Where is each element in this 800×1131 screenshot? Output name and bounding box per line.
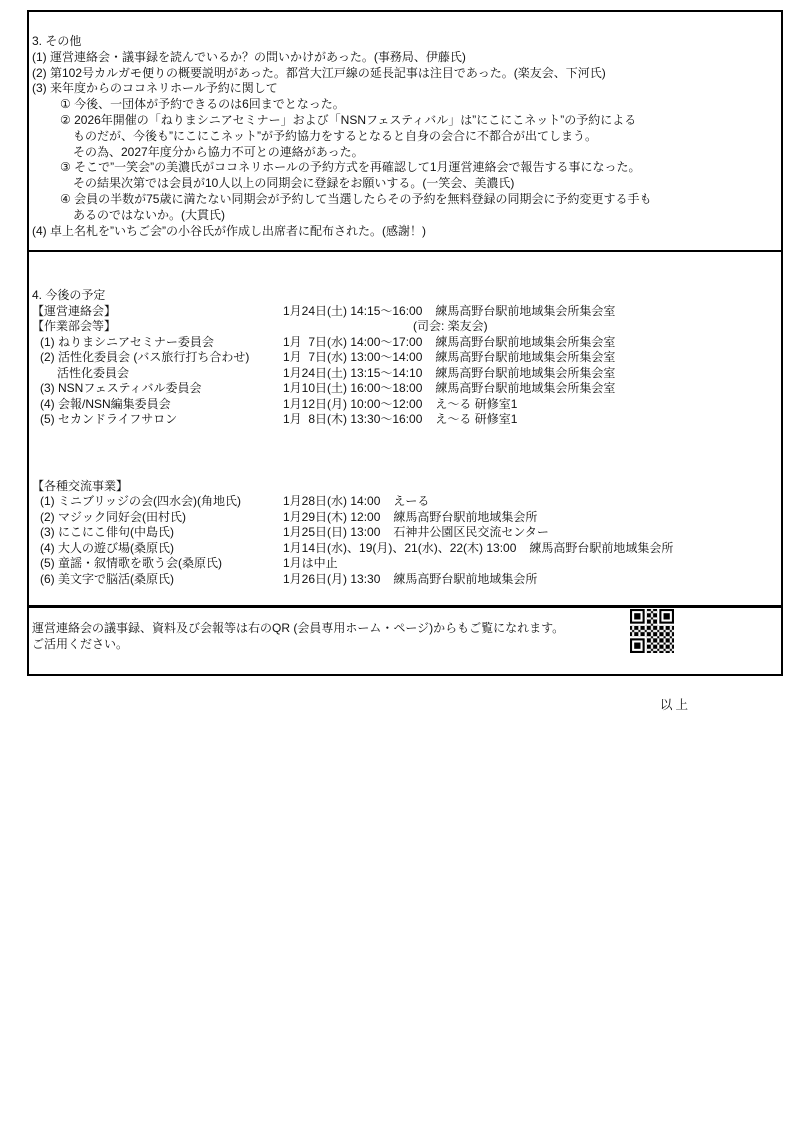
- schedule-datetime: 1月14日(水)、19(月)、21(水)、22(木) 13:00: [283, 541, 516, 557]
- text-line: 3. その他: [32, 34, 779, 50]
- schedule-location: 練馬高野台駅前地域集会所: [529, 541, 673, 557]
- committee-schedule-list: 【運営連絡会】1月24日(土) 14:15～16:00練馬高野台駅前地域集会所集…: [32, 304, 779, 428]
- schedule-row: (4) 会報/NSN編集委員会1月12日(月) 10:00～12:00え～る 研…: [32, 397, 779, 413]
- section-4-schedule: 4. 今後の予定 【運営連絡会】1月24日(土) 14:15～16:00練馬高野…: [32, 288, 779, 587]
- schedule-row: (1) ミニブリッジの会(四水会)(角地氏)1月28日(水) 14:00えーる: [32, 494, 779, 510]
- schedule-row: (5) 童謡・叙情歌を歌う会(桑原氏)1月は中止: [32, 556, 779, 572]
- text-line: ③ そこで”一笑会”の美濃氏がココネリホールの予約方式を再確認して1月運営連絡会…: [32, 160, 779, 176]
- schedule-datetime: 1月24日(土) 14:15～16:00: [283, 304, 422, 320]
- committee-name: (5) セカンドライフサロン: [32, 412, 283, 428]
- schedule-row: (2) マジック同好会(田村氏)1月29日(木) 12:00練馬高野台駅前地域集…: [32, 510, 779, 526]
- committee-name: 【作業部会等】: [32, 319, 283, 335]
- schedule-row: (5) セカンドライフサロン1月 8日(木) 13:30～16:00え～る 研修…: [32, 412, 779, 428]
- schedule-location: 練馬高野台駅前地域集会所: [393, 572, 537, 588]
- schedule-datetime: 1月29日(木) 12:00: [283, 510, 380, 526]
- schedule-datetime: 1月25日(日) 13:00: [283, 525, 380, 541]
- text-line: その結果次第では会員が10人以上の同期会に登録をお願いする。(一笑会、美濃氏): [32, 176, 779, 192]
- schedule-location: 練馬高野台駅前地域集会所集会室: [435, 304, 615, 320]
- text-line: (2) 第102号カルガモ便りの概要説明があった。都営大江戸線の延長記事は注目で…: [32, 66, 779, 82]
- committee-name: 【運営連絡会】: [32, 304, 283, 320]
- schedule-datetime: 1月12日(月) 10:00～12:00: [283, 397, 422, 413]
- schedule-datetime: 1月10日(土) 16:00～18:00: [283, 381, 422, 397]
- schedule-datetime: 1月26日(月) 13:30: [283, 572, 380, 588]
- document-frame: 3. その他(1) 運営連絡会・議事録を読んでいるか？の問いかけがあった。(事務…: [27, 10, 783, 676]
- event-name: (5) 童謡・叙情歌を歌う会(桑原氏): [32, 556, 283, 572]
- schedule-row: 活性化委員会1月24日(土) 13:15～14:10練馬高野台駅前地域集会所集会…: [32, 366, 779, 382]
- event-name: (2) マジック同好会(田村氏): [32, 510, 283, 526]
- text-line: その為、2027年度分から協力不可との連絡があった。: [32, 145, 779, 161]
- schedule-datetime: 1月 7日(水) 14:00～17:00: [283, 335, 422, 351]
- schedule-datetime: 1月 8日(木) 13:30～16:00: [283, 412, 422, 428]
- schedule-row: (2) 活性化委員会 (バス旅行打ち合わせ)1月 7日(水) 13:00～14:…: [32, 350, 779, 366]
- schedule-row: (1) ねりまシニアセミナー委員会1月 7日(水) 14:00～17:00練馬高…: [32, 335, 779, 351]
- committee-name: (2) 活性化委員会 (バス旅行打ち合わせ): [32, 350, 283, 366]
- schedule-datetime: 1月28日(水) 14:00: [283, 494, 380, 510]
- schedule-row: (6) 美文字で脳活(桑原氏)1月26日(月) 13:30練馬高野台駅前地域集会…: [32, 572, 779, 588]
- schedule-location: 練馬高野台駅前地域集会所集会室: [435, 366, 615, 382]
- text-line: あるのではないか。(大貫氏): [32, 208, 779, 224]
- moderator-note: (司会: 楽友会): [413, 319, 488, 335]
- schedule-datetime: 1月24日(土) 13:15～14:10: [283, 366, 422, 382]
- section-divider: [29, 605, 781, 608]
- event-name: (1) ミニブリッジの会(四水会)(角地氏): [32, 494, 283, 510]
- closing-word: 以上: [660, 695, 691, 713]
- schedule-row: (4) 大人の遊び場(桑原氏)1月14日(水)、19(月)、21(水)、22(木…: [32, 541, 779, 557]
- schedule-location: 練馬高野台駅前地域集会所集会室: [435, 381, 615, 397]
- schedule-row: 【作業部会等】(司会: 楽友会): [32, 319, 779, 335]
- schedule-location: えーる: [393, 494, 429, 510]
- event-name: (4) 大人の遊び場(桑原氏): [32, 541, 283, 557]
- schedule-row: (3) NSNフェスティバル委員会1月10日(土) 16:00～18:00練馬高…: [32, 381, 779, 397]
- text-line: (3) 来年度からのココネリホール予約に関して: [32, 81, 779, 97]
- committee-name: 活性化委員会: [32, 366, 283, 382]
- text-line: ものだが、今後も”にこにこネット”が予約協力をするとなると自身の会合に不都合が出…: [32, 129, 779, 145]
- qr-code: [630, 609, 674, 653]
- schedule-location: え～る 研修室1: [435, 412, 517, 428]
- schedule-location: 練馬高野台駅前地域集会所: [393, 510, 537, 526]
- schedule-row: 【運営連絡会】1月24日(土) 14:15～16:00練馬高野台駅前地域集会所集…: [32, 304, 779, 320]
- exchange-events-header: 【各種交流事業】: [32, 479, 779, 495]
- section-4-title: 4. 今後の予定: [32, 288, 779, 304]
- schedule-datetime: 1月 7日(水) 13:00～14:00: [283, 350, 422, 366]
- text-line: (4) 卓上名札を”いちご会”の小谷氏が作成し出席者に配布された。(感謝！): [32, 224, 779, 240]
- exchange-events-list: (1) ミニブリッジの会(四水会)(角地氏)1月28日(水) 14:00えーる(…: [32, 494, 779, 587]
- text-line: (1) 運営連絡会・議事録を読んでいるか？の問いかけがあった。(事務局、伊藤氏): [32, 50, 779, 66]
- schedule-location: 石神井公園区民交流センター: [393, 525, 549, 541]
- section-3-others: 3. その他(1) 運営連絡会・議事録を読んでいるか？の問いかけがあった。(事務…: [32, 34, 779, 239]
- schedule-datetime: 1月は中止: [283, 556, 338, 572]
- committee-name: (3) NSNフェスティバル委員会: [32, 381, 283, 397]
- event-name: (3) にこにこ俳句(中島氏): [32, 525, 283, 541]
- text-line: ④ 会員の半数が75歳に満たない同期会が予約して当選したらその予約を無料登録の同…: [32, 192, 779, 208]
- text-line: ① 今後、一団体が予約できるのは6回までとなった。: [32, 97, 779, 113]
- schedule-location: 練馬高野台駅前地域集会所集会室: [435, 335, 615, 351]
- section-divider: [29, 250, 781, 252]
- committee-name: (4) 会報/NSN編集委員会: [32, 397, 283, 413]
- schedule-location: 練馬高野台駅前地域集会所集会室: [435, 350, 615, 366]
- schedule-location: え～る 研修室1: [435, 397, 517, 413]
- text-line: ② 2026年開催の「ねりまシニアセミナー」および「NSNフェスティバル」は”に…: [32, 113, 779, 129]
- event-name: (6) 美文字で脳活(桑原氏): [32, 572, 283, 588]
- schedule-row: (3) にこにこ俳句(中島氏)1月25日(日) 13:00石神井公園区民交流セン…: [32, 525, 779, 541]
- section-3-lines: 3. その他(1) 運営連絡会・議事録を読んでいるか？の問いかけがあった。(事務…: [32, 34, 779, 239]
- committee-name: (1) ねりまシニアセミナー委員会: [32, 335, 283, 351]
